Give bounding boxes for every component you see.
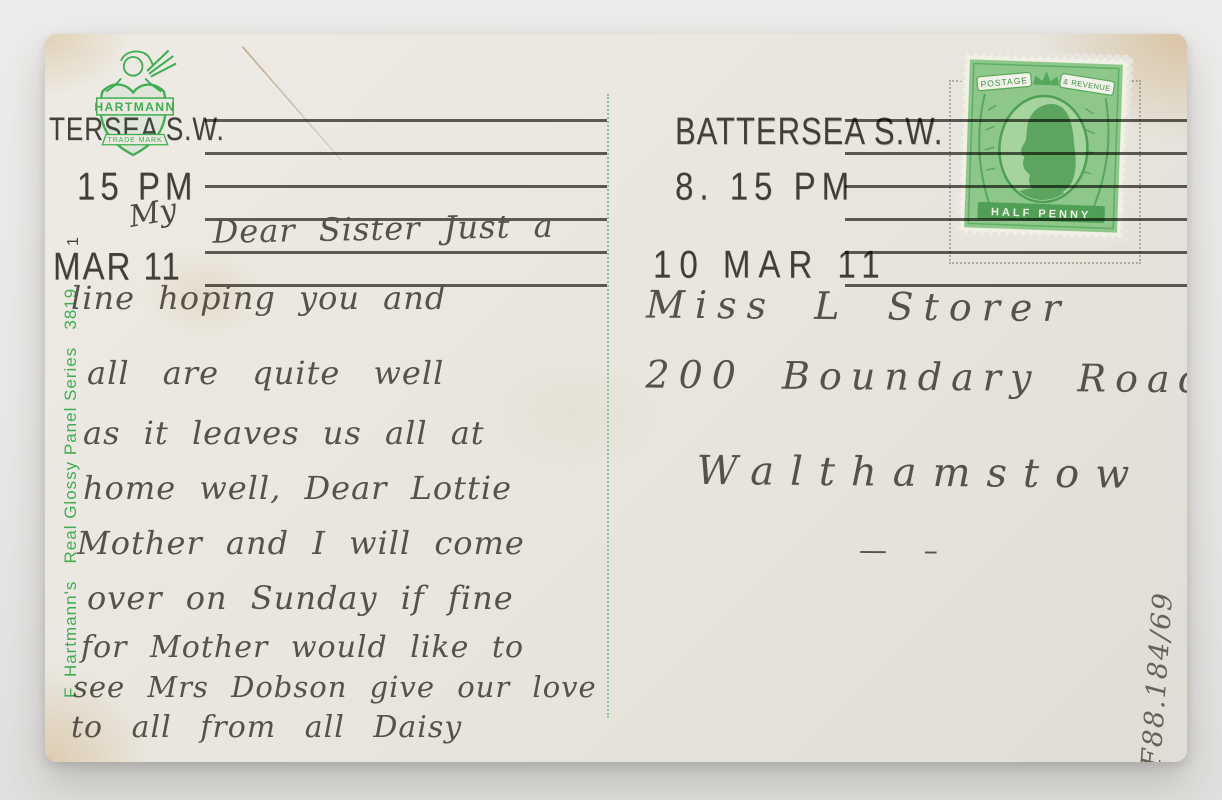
cancellation-bars-right (845, 119, 1187, 291)
address-line-street: 200 Boundary Road (645, 355, 1187, 454)
message-line: see Mrs Dobson give our love (73, 672, 646, 712)
message-line: line hoping you and (71, 282, 646, 357)
message-line: to all from all Daisy (71, 712, 646, 752)
postcard: HARTMANN TRADE MARK TERSEA S.W. 15 PM MA… (45, 34, 1187, 762)
address-line-name: Miss L Storer (646, 285, 1187, 360)
message-line: over on Sunday if fine (87, 582, 646, 632)
address-line-town: Walthamstow (696, 450, 1187, 539)
handwritten-address: Miss L Storer 200 Boundary Road Walthams… (644, 285, 1187, 567)
message-line: for Mother would like to (81, 632, 646, 672)
logo-ribbon-text: TRADE MARK (107, 137, 162, 144)
logo-head (124, 57, 143, 76)
message-line: as it leaves us all at (83, 417, 646, 472)
postmark-center-time: 8. 15 PM (675, 164, 855, 209)
address-flourish: — – (859, 535, 1187, 568)
logo-brand-text: HARTMANN (94, 100, 175, 114)
hartmann-trademark-logo: HARTMANN TRADE MARK (72, 43, 198, 169)
message-line: home well, Dear Lottie (83, 472, 646, 527)
message-line: all are quite well (87, 357, 646, 417)
photo-backdrop: HARTMANN TRADE MARK TERSEA S.W. 15 PM MA… (0, 0, 1222, 800)
message-line: Dear Sister Just a (212, 208, 646, 286)
message-line: Mother and I will come (77, 527, 646, 582)
handwritten-message: Dear Sister Just a line hoping you and a… (71, 206, 646, 752)
